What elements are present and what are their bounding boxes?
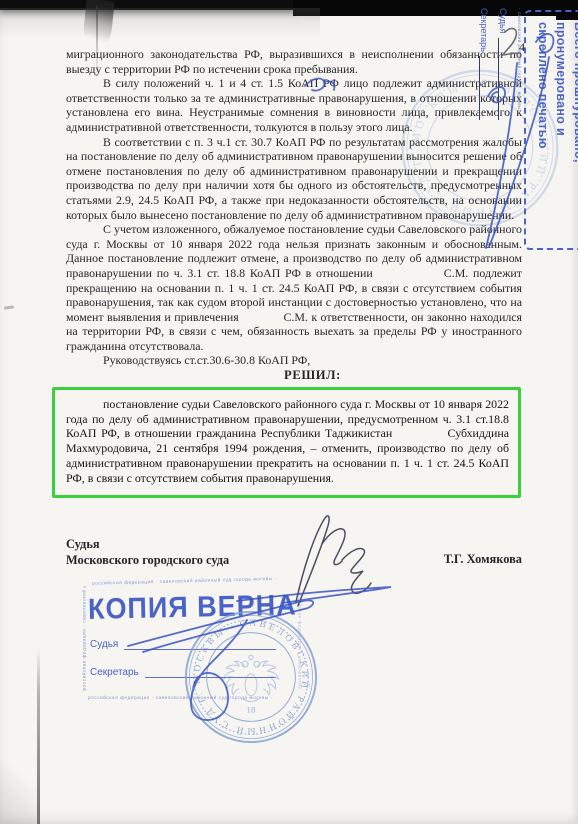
signer-name: Т.Г. Хомякова [444,552,522,568]
edge-stamp-line3: скреплено печатью [534,22,552,238]
signature-line [479,56,489,120]
edge-stamp-line2: пронумеровано и [552,22,570,238]
signature-line [498,38,508,120]
paragraph: С учетом изложенного, обжалуемое постано… [66,222,522,353]
copy-stamp-judge-label: Судья [90,639,118,650]
paragraph: миграционного законодательства РФ, выраз… [66,47,522,76]
svg-text:САВЕЛОВСКИЙ РАЙОННЫЙ СУД Г. МО: САВЕЛОВСКИЙ РАЙОННЫЙ СУД Г. МОСКВЫ · · · [182,608,320,746]
edge-stamp-line1: Всего прошнуровано, [570,22,578,238]
paper-fold-wedge [81,0,114,53]
copy-stamp-secretary-label: Секретарь [90,667,139,678]
seal-number: 18 [247,704,256,714]
scanned-court-document-page: САВЕЛОВСКИЙ РАЙОННЫЙ СУД Г. МОСКВЫ · · ·… [0,0,578,824]
seal-rim-text: САВЕЛОВСКИЙ РАЙОННЫЙ СУД Г. МОСКВЫ · · · [182,608,320,746]
corner-stamp-secretary-label: Секретарь [479,8,489,52]
round-court-seal: САВЕЛОВСКИЙ РАЙОННЫЙ СУД Г. МОСКВЫ · · ·… [182,608,320,746]
scan-corner-shade [0,760,40,824]
signer-role-line1: Судья [66,537,229,553]
copy-stamp-rim-top: российская федерация · савеловский район… [92,575,298,585]
paragraph: В силу положений ч. 1 и 4 ст. 1.5 КоАП Р… [66,76,522,134]
scan-edge-mark [4,305,14,309]
ruling-heading: РЕШИЛ: [66,368,522,383]
signer-role: Судья Московского городского суда [66,537,229,568]
document-body: миграционного законодательства РФ, выраз… [66,47,522,568]
scan-shadow-wash [0,8,320,38]
signer-role-line2: Московского городского суда [66,553,229,569]
double-eagle-emblem [223,655,278,702]
ruling-highlight-box: постановление судьи Савеловского районно… [52,387,521,498]
paragraph: В соответствии с п. 3 ч.1 ст. 30.7 КоАП … [66,135,522,223]
copy-stamp-rim-left: российская федерация · савеловский район… [82,587,87,691]
corner-stamp-judge-label: Судья [498,8,508,34]
binding-edge-stamp: Всего прошнуровано, пронумеровано и скре… [524,10,578,250]
signature-block: Судья Московского городского суда Т.Г. Х… [66,537,522,568]
paragraph: Руководствуясь ст.ст.30.6-30.8 КоАП РФ, [66,353,522,368]
ruling-text: постановление судьи Савеловского районно… [66,397,509,486]
